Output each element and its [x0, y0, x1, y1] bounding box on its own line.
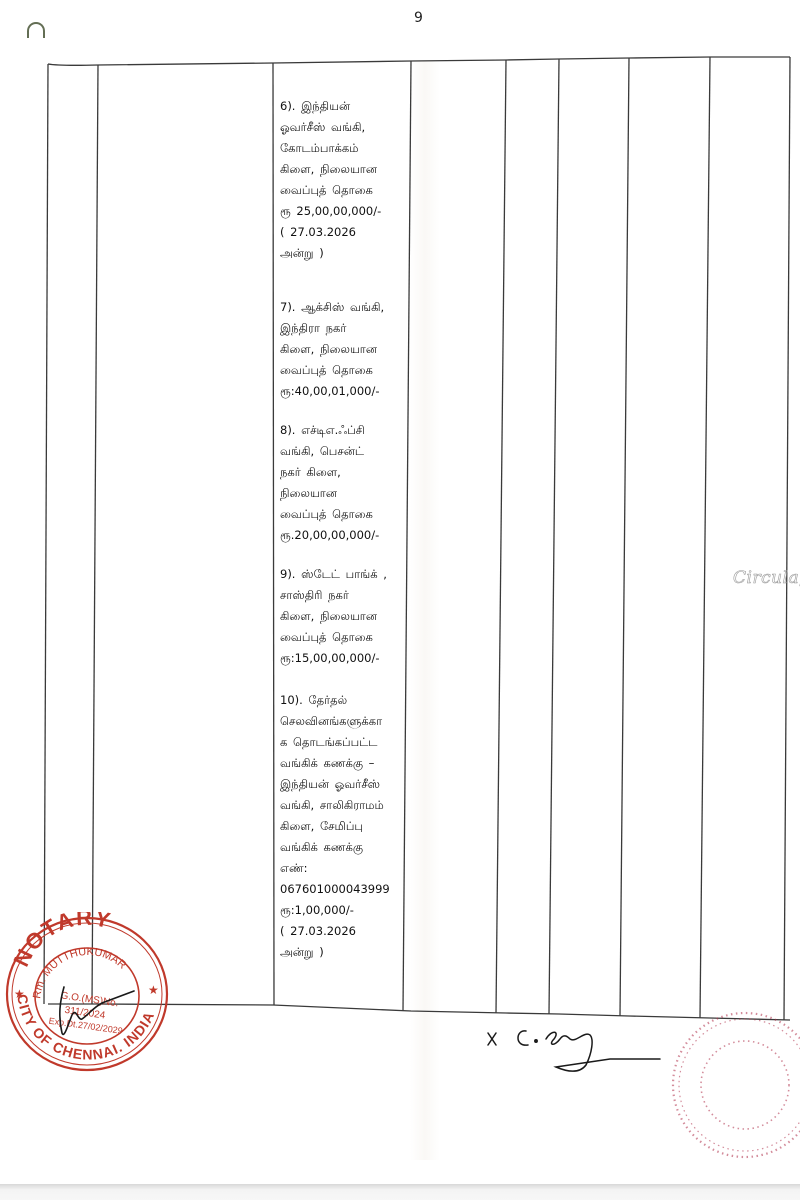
- entry-line: வைப்புத் தொகை: [280, 180, 408, 201]
- entry-amount: ரூ:40,00,01,000/-: [280, 381, 408, 402]
- entry-line: செலவினங்களுக்கா: [280, 711, 408, 732]
- notary-signature: [30, 985, 140, 1045]
- col-line-5: [496, 60, 506, 1013]
- punch-hole-mark: [27, 22, 45, 38]
- col-line-8: [700, 57, 710, 1018]
- col-line-9: [784, 57, 790, 1020]
- table-entry-6: 6). இந்தியன் ஓவர்சீஸ் வங்கி, கோடம்பாக்கம…: [280, 96, 408, 264]
- entry-line: வங்கிக் கணக்கு –: [280, 753, 408, 774]
- entry-line: 8). எச்டிஎ.ஃப்சி: [280, 420, 408, 441]
- entry-line: இந்தியன் ஓவர்சீஸ்: [280, 774, 408, 795]
- page-number: 9: [414, 10, 423, 26]
- table-entry-8: 8). எச்டிஎ.ஃப்சி வங்கி, பெசன்ட் நகர் கிள…: [280, 420, 408, 546]
- entry-line: க தொடங்கப்பட்ட: [280, 732, 408, 753]
- watermark-text: Circulag: [733, 568, 800, 588]
- entry-amount: ரூ:15,00,00,000/-: [280, 648, 408, 669]
- entry-line: 6). இந்தியன்: [280, 96, 408, 117]
- faded-stamp: [655, 995, 800, 1165]
- entry-line: வைப்புத் தொகை: [280, 627, 408, 648]
- entry-line: 9). ஸ்டேட் பாங்க் ,: [280, 564, 408, 585]
- entry-line: கிளை, நிலையான: [280, 339, 408, 360]
- entry-line: வைப்புத் தொகை: [280, 360, 408, 381]
- table-entry-9: 9). ஸ்டேட் பாங்க் , சாஸ்திரி நகர் கிளை, …: [280, 564, 408, 669]
- entry-line: கிளை, சேமிப்பு: [280, 816, 408, 837]
- scan-bottom-edge: [0, 1184, 800, 1200]
- entry-line: அன்று ): [280, 942, 408, 963]
- table-entry-7: 7). ஆக்சிஸ் வங்கி, இந்திரா நகர் கிளை, நி…: [280, 297, 408, 402]
- entry-line: இந்திரா நகர்: [280, 318, 408, 339]
- col-line-3: [273, 63, 274, 1005]
- entry-line: வங்கிக் கணக்கு: [280, 837, 408, 858]
- entry-line: ஓவர்சீஸ் வங்கி,: [280, 117, 408, 138]
- entry-date: ( 27.03.2026: [280, 921, 408, 942]
- entry-line: கிளை, நிலையான: [280, 159, 408, 180]
- table-top-border: [48, 57, 790, 65]
- entry-line: 10). தேர்தல்: [280, 690, 408, 711]
- entry-amount: ரூ.20,00,00,000/-: [280, 525, 408, 546]
- entry-line: வங்கி, பெசன்ட்: [280, 441, 408, 462]
- entry-date: ( 27.03.2026: [280, 222, 408, 243]
- col-line-6: [549, 59, 559, 1014]
- entry-line: கோடம்பாக்கம்: [280, 138, 408, 159]
- entry-amount: ரூ 25,00,00,000/-: [280, 201, 408, 222]
- entry-amount: ரூ:1,00,000/-: [280, 900, 408, 921]
- entry-line: எண்:: [280, 858, 408, 879]
- col-line-7: [620, 58, 629, 1016]
- entry-line: கிளை, நிலையான: [280, 606, 408, 627]
- entry-line: வைப்புத் தொகை: [280, 504, 408, 525]
- entry-line: அன்று ): [280, 243, 408, 264]
- scan-shade: [410, 60, 440, 1160]
- col-line-2: [92, 65, 98, 1004]
- entry-line: வங்கி, சாலிகிராமம்: [280, 795, 408, 816]
- account-number: 067601000043999: [280, 879, 408, 900]
- col-line-1: [44, 64, 48, 1004]
- table-entry-10: 10). தேர்தல் செலவினங்களுக்கா க தொடங்கப்ப…: [280, 690, 408, 963]
- stamp-star-right: ★: [148, 983, 159, 997]
- entry-line: 7). ஆக்சிஸ் வங்கி,: [280, 297, 408, 318]
- entry-line: சாஸ்திரி நகர்: [280, 585, 408, 606]
- signatory-signature: [480, 1025, 680, 1095]
- entry-line: நகர் கிளை,: [280, 462, 408, 483]
- entry-line: நிலையான: [280, 483, 408, 504]
- stamp-star-left: ★: [14, 987, 25, 1001]
